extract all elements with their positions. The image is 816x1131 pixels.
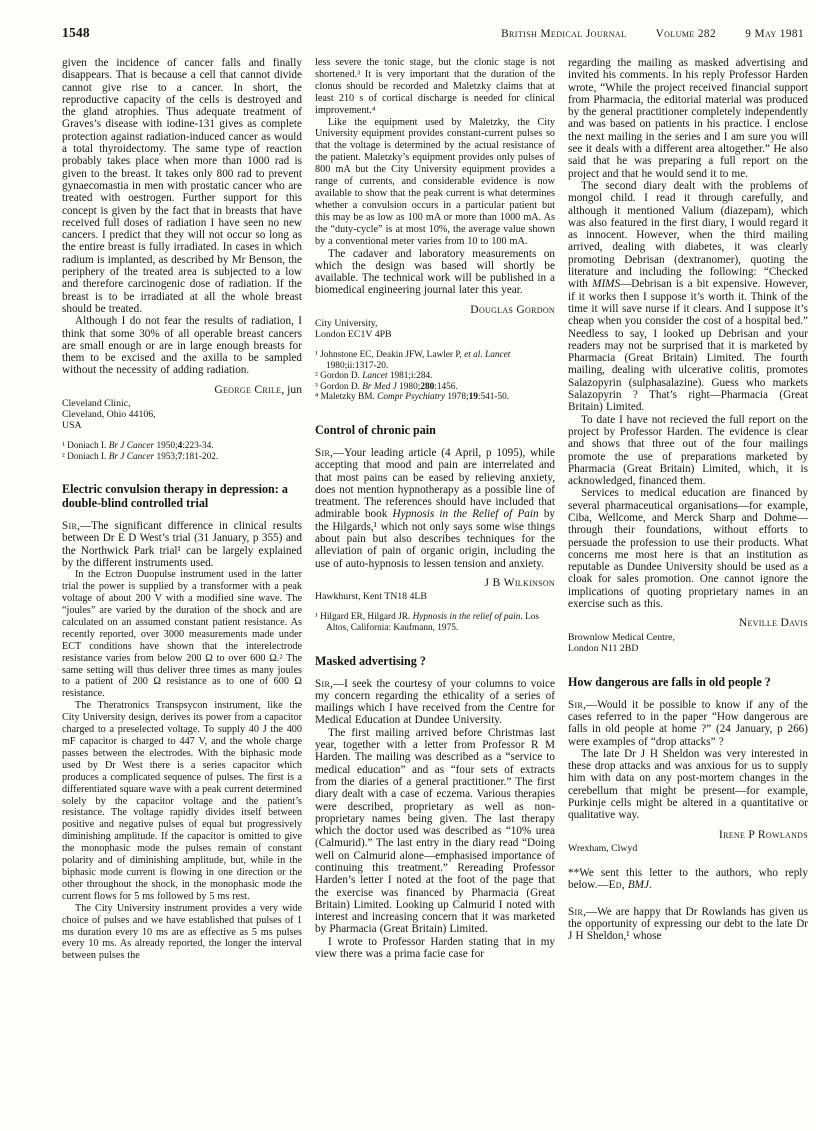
paragraph: Although I do not fear the results of ra…	[62, 315, 302, 376]
text-segment: The Theratronics Transpsycon instrument,…	[62, 700, 302, 902]
reference: ¹ Doniach I. Br J Cancer 1950;4:223-34.	[62, 441, 302, 452]
text-segment: —Debrisan is a bit expensive. However, i…	[568, 278, 808, 413]
text-segment: ¹ Hilgard ER, Hilgard JR.	[315, 612, 413, 622]
paragraph: The second diary dealt with the problems…	[568, 180, 808, 414]
text-segment: The late Dr J H Sheldon was very interes…	[568, 748, 808, 821]
address-line: Wrexham, Clwyd	[568, 844, 808, 855]
reference: ² Doniach I. Br J Cancer 1953;7:181-202.	[62, 452, 302, 463]
paragraph: To date I have not recieved the full rep…	[568, 414, 808, 488]
column-3: regarding the mailing as masked advertis…	[568, 57, 808, 962]
text-segment: **We sent this letter to the authors, wh…	[568, 867, 808, 891]
text-segment: J B Wilkinson	[485, 576, 555, 589]
text-columns: given the incidence of cancer falls and …	[0, 41, 816, 962]
text-segment: I wrote to Professor Harden stating that…	[315, 936, 555, 960]
text-segment: George Crile	[214, 383, 281, 396]
text-segment: ,—I seek the courtesy of your columns to…	[315, 678, 555, 727]
column-2: less severe the tonic stage, but the clo…	[315, 57, 555, 962]
text-segment: The first mailing arrived before Christm…	[315, 727, 555, 936]
text-segment: 1950;	[154, 441, 178, 451]
text-segment: Neville Davis	[739, 616, 808, 629]
author-address: City University,London EC1V 4PB	[315, 319, 555, 341]
text-segment: 1953;	[154, 452, 178, 462]
author-signature: Neville Davis	[568, 617, 808, 630]
text-segment: Hypnosis in the Relief of Pain	[393, 508, 539, 520]
text-segment: Lancet	[362, 371, 387, 381]
paragraph: The late Dr J H Sheldon was very interes…	[568, 748, 808, 822]
text-segment: Although I do not fear the results of ra…	[62, 315, 302, 376]
reference-list: ¹ Hilgard ER, Hilgard JR. Hypnosis in th…	[315, 612, 555, 633]
text-segment: Br Med J	[362, 382, 397, 392]
text-segment: Sir	[62, 520, 77, 532]
author-address: Wrexham, Clwyd	[568, 844, 808, 855]
paragraph: The City University instrument provides …	[62, 903, 302, 963]
address-line: USA	[62, 421, 302, 432]
journal-masthead: British Medical Journal Volume 282 9 May…	[501, 28, 804, 40]
text-segment: The second diary dealt with the problems…	[568, 180, 808, 290]
text-segment: :541-50.	[478, 392, 509, 402]
paragraph: The Theratronics Transpsycon instrument,…	[62, 700, 302, 902]
text-segment: less severe the tonic stage, but the clo…	[315, 57, 555, 116]
text-segment: given the incidence of cancer falls and …	[62, 57, 302, 315]
paragraph: Sir,—The significant difference in clini…	[62, 520, 302, 569]
volume-label: Volume 282	[656, 28, 716, 40]
paragraph: In the Ectron Duopulse instrument used i…	[62, 569, 302, 700]
letter-title: How dangerous are falls in old people ?	[568, 675, 808, 689]
paragraph: Like the equipment used by Maletzky, the…	[315, 117, 555, 248]
text-segment: .	[649, 879, 652, 891]
paragraph: Sir,—I seek the courtesy of your columns…	[315, 678, 555, 727]
text-segment: Compr Psychiatry	[377, 392, 445, 402]
paragraph: Sir,—Your leading article (4 April, p 10…	[315, 447, 555, 570]
text-segment: Sir	[568, 906, 583, 918]
text-segment: 1981;i:284.	[388, 371, 433, 381]
text-segment: ² Doniach I.	[62, 452, 109, 462]
text-segment: Sir	[315, 447, 330, 459]
author-signature: Irene P Rowlands	[568, 829, 808, 842]
letter-title: Electric convulsion therapy in depressio…	[62, 482, 302, 510]
paragraph: regarding the mailing as masked advertis…	[568, 57, 808, 180]
paragraph: I wrote to Professor Harden stating that…	[315, 936, 555, 961]
text-segment: 1980;ii:1317-20.	[326, 361, 388, 371]
reference: ³ Gordon D. Br Med J 1980;280:1456.	[315, 382, 555, 393]
text-segment: BMJ	[628, 879, 649, 891]
paragraph: The first mailing arrived before Christm…	[315, 727, 555, 936]
paragraph: Services to medical education are financ…	[568, 487, 808, 610]
text-segment: Ed	[609, 879, 622, 891]
text-segment: :181-202.	[182, 452, 218, 462]
letter-title: Control of chronic pain	[315, 423, 555, 437]
column-1: given the incidence of cancer falls and …	[62, 57, 302, 962]
text-segment: ¹ Doniach I.	[62, 441, 109, 451]
author-address: Cleveland Clinic,Cleveland, Ohio 44106,U…	[62, 399, 302, 432]
author-address: Hawkhurst, Kent TN18 4LB	[315, 592, 555, 603]
text-segment: ¹ Johnstone EC, Deakin JFW, Lawler P,	[315, 350, 464, 360]
text-segment: :223-34.	[182, 441, 213, 451]
reference: ¹ Johnstone EC, Deakin JFW, Lawler P, et…	[315, 350, 555, 371]
text-segment: Douglas Gordon	[470, 303, 555, 316]
journal-title: British Medical Journal	[501, 28, 626, 40]
address-line: Cleveland, Ohio 44106,	[62, 410, 302, 421]
paragraph: given the incidence of cancer falls and …	[62, 57, 302, 315]
issue-date: 9 May 1981	[745, 28, 804, 40]
paragraph: Sir,—Would it be possible to know if any…	[568, 699, 808, 748]
text-segment: 1978;	[445, 392, 469, 402]
paragraph: Sir,—We are happy that Dr Rowlands has g…	[568, 906, 808, 943]
text-segment: Sir	[315, 678, 330, 690]
text-segment: ⁴ Maletzky BM.	[315, 392, 377, 402]
page-number: 1548	[62, 25, 90, 41]
text-segment: In the Ectron Duopulse instrument used i…	[62, 569, 302, 699]
text-segment: ,—We are happy that Dr Rowlands has give…	[568, 906, 808, 943]
text-segment: The City University instrument provides …	[62, 903, 302, 962]
text-segment: Sir	[568, 699, 583, 711]
text-segment: , jun	[281, 383, 302, 396]
address-line: Hawkhurst, Kent TN18 4LB	[315, 592, 555, 603]
text-segment: ,—Would it be possible to know if any of…	[568, 699, 808, 748]
text-segment: ³ Gordon D.	[315, 382, 362, 392]
reference-list: ¹ Doniach I. Br J Cancer 1950;4:223-34.²…	[62, 441, 302, 462]
reference: ¹ Hilgard ER, Hilgard JR. Hypnosis in th…	[315, 612, 555, 633]
journal-page: 1548 British Medical Journal Volume 282 …	[0, 0, 816, 1131]
text-segment: MIMS	[592, 278, 620, 290]
address-line: London N11 2BD	[568, 644, 808, 655]
author-signature: Douglas Gordon	[315, 304, 555, 317]
reference: ⁴ Maletzky BM. Compr Psychiatry 1978;19:…	[315, 392, 555, 403]
text-segment: 280	[420, 382, 434, 392]
text-segment: Services to medical education are financ…	[568, 487, 808, 610]
text-segment: To date I have not recieved the full rep…	[568, 414, 808, 487]
text-segment: :1456.	[434, 382, 458, 392]
page-header: 1548 British Medical Journal Volume 282 …	[0, 0, 816, 41]
reference-list: ¹ Johnstone EC, Deakin JFW, Lawler P, et…	[315, 350, 555, 403]
author-signature: J B Wilkinson	[315, 577, 555, 590]
reference: ² Gordon D. Lancet 1981;i:284.	[315, 371, 555, 382]
text-segment: Irene P Rowlands	[719, 828, 808, 841]
paragraph: less severe the tonic stage, but the clo…	[315, 57, 555, 117]
text-segment: regarding the mailing as masked advertis…	[568, 57, 808, 180]
text-segment: The cadaver and laboratory measurements …	[315, 248, 555, 297]
text-segment: et al. Lancet	[464, 350, 510, 360]
text-segment: Like the equipment used by Maletzky, the…	[315, 117, 555, 247]
author-address: Brownlow Medical Centre,London N11 2BD	[568, 633, 808, 655]
paragraph: The cadaver and laboratory measurements …	[315, 248, 555, 297]
editor-note: **We sent this letter to the authors, wh…	[568, 867, 808, 892]
text-segment: ,—The significant difference in clinical…	[62, 520, 302, 569]
text-segment: Hypnosis in the relief of pain	[413, 612, 521, 622]
text-segment: 1980;	[397, 382, 421, 392]
text-segment: Br J Cancer	[109, 441, 154, 451]
text-segment: ² Gordon D.	[315, 371, 362, 381]
letter-title: Masked advertising ?	[315, 654, 555, 668]
address-line: London EC1V 4PB	[315, 330, 555, 341]
author-signature: George Crile, jun	[62, 384, 302, 397]
text-segment: 19	[469, 392, 478, 402]
text-segment: Br J Cancer	[109, 452, 154, 462]
